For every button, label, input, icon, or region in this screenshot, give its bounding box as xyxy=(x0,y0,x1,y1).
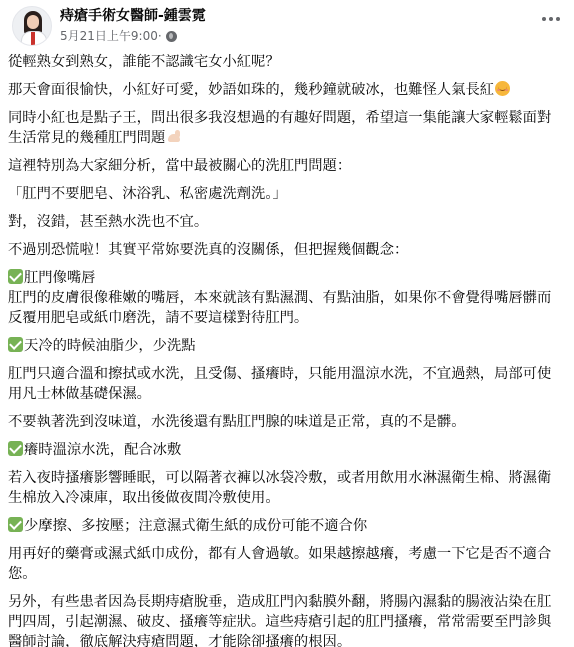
tip-4-body: 用再好的藥膏或濕式紙巾成份，都有人會過敏。如果越擦越癢，考慮一下它是否不適合您。 xyxy=(8,544,562,584)
check-mark-icon xyxy=(8,517,23,532)
smiling-face-icon xyxy=(495,81,510,96)
timestamp-link[interactable]: 5月21日上午9:00 xyxy=(60,28,158,44)
paragraph-ideas-text: 同時小紅也是點子王，問出很多我沒想過的有趣好問題，希望這一集能讓大家輕鬆面對生活… xyxy=(8,110,551,146)
post-header: 痔瘡手術女醫師-鍾雲霓 5月21日上午9:00 · xyxy=(0,0,574,52)
tip-2-title-text: 天冷的時候油脂少，少洗點 xyxy=(24,338,196,354)
check-mark-icon xyxy=(8,269,23,284)
facebook-post: 痔瘡手術女醫師-鍾雲霓 5月21日上午9:00 · 從輕熟女到熟女，誰能不認識宅… xyxy=(0,0,574,647)
more-dot-icon xyxy=(549,17,553,21)
paragraph-meeting-text: 那天會面很愉快，小紅好可愛，妙語如珠的，幾秒鐘就破冰，也難怪人氣長紅 xyxy=(8,82,494,98)
tip-1-body: 肛門的皮膚很像稚嫩的嘴唇，本來就該有點濕潤、有點油脂，如果你不會覺得嘴唇髒而反覆… xyxy=(8,288,562,328)
paragraph-meeting: 那天會面很愉快，小紅好可愛，妙語如珠的，幾秒鐘就破冰，也難怪人氣長紅 xyxy=(8,80,562,100)
post-body: 從輕熟女到熟女，誰能不認識宅女小紅呢？ 那天會面很愉快，小紅好可愛，妙語如珠的，… xyxy=(0,52,574,647)
tip-3-body: 若入夜時搔癢影響睡眠，可以隔著衣褲以冰袋冷敷，或者用飲用水淋濕衛生棉、將濕衛生棉… xyxy=(8,468,562,508)
flexed-biceps-icon xyxy=(167,130,181,144)
separator: · xyxy=(158,28,162,44)
paragraph-ideas: 同時小紅也是點子王，問出很多我沒想過的有趣好問題，希望這一集能讓大家輕鬆面對生活… xyxy=(8,108,562,148)
paragraph-conclusion: 另外，有些患者因為長期痔瘡脫垂，造成肛門內黏膜外翻，將腸內濕黏的腸液沾染在肛門四… xyxy=(8,592,562,647)
check-mark-icon xyxy=(8,441,23,456)
tip-3-title: 癢時溫涼水洗，配合冰敷 xyxy=(8,440,562,460)
page-name-link[interactable]: 痔瘡手術女醫師-鍾雲霓 xyxy=(60,7,206,25)
paragraph-intro: 從輕熟女到熟女，誰能不認識宅女小紅呢？ xyxy=(8,52,562,72)
paragraph-analysis: 這裡特別為大家細分析，當中最被關心的洗肛門問題： xyxy=(8,156,562,176)
timestamp-row: 5月21日上午9:00 · xyxy=(60,28,206,44)
paragraph-right: 對，沒錯，甚至熱水洗也不宜。 xyxy=(8,212,562,232)
tip-2-body: 肛門只適合溫和擦拭或水洗，且受傷、搔癢時，只能用溫涼水洗，不宜過熱，局部可使用凡… xyxy=(8,364,562,404)
tip-4-title: 少摩擦、多按壓；注意濕式衛生紙的成份可能不適合你 xyxy=(8,516,562,536)
tip-1-title: 肛門像嘴唇 xyxy=(8,268,562,288)
paragraph-concepts: 不過別恐慌啦！其實平常妳要洗真的沒關係，但把握幾個觀念： xyxy=(8,240,562,260)
more-options-button[interactable] xyxy=(542,17,560,21)
tip-4-title-text: 少摩擦、多按壓；注意濕式衛生紙的成份可能不適合你 xyxy=(24,518,367,534)
more-dot-icon xyxy=(556,17,560,21)
avatar-face xyxy=(27,15,39,29)
tip-1: 肛門像嘴唇 肛門的皮膚很像稚嫩的嘴唇，本來就該有點濕潤、有點油脂，如果你不會覺得… xyxy=(8,268,562,328)
post-meta: 痔瘡手術女醫師-鍾雲霓 5月21日上午9:00 · xyxy=(60,6,206,44)
tip-1-title-text: 肛門像嘴唇 xyxy=(24,270,95,286)
tip-2-extra: 不要執著洗到沒味道，水洗後還有點肛門腺的味道是正常，真的不是髒。 xyxy=(8,412,562,432)
globe-icon[interactable] xyxy=(166,31,177,42)
avatar-tie xyxy=(31,32,35,46)
paragraph-quote: 「肛門不要肥皂、沐浴乳、私密處洗劑洗。」 xyxy=(8,184,562,204)
tip-3-title-text: 癢時溫涼水洗，配合冰敷 xyxy=(24,442,181,458)
more-dot-icon xyxy=(542,17,546,21)
check-mark-icon xyxy=(8,337,23,352)
page-avatar[interactable] xyxy=(12,6,52,46)
tip-2-title: 天冷的時候油脂少，少洗點 xyxy=(8,336,562,356)
